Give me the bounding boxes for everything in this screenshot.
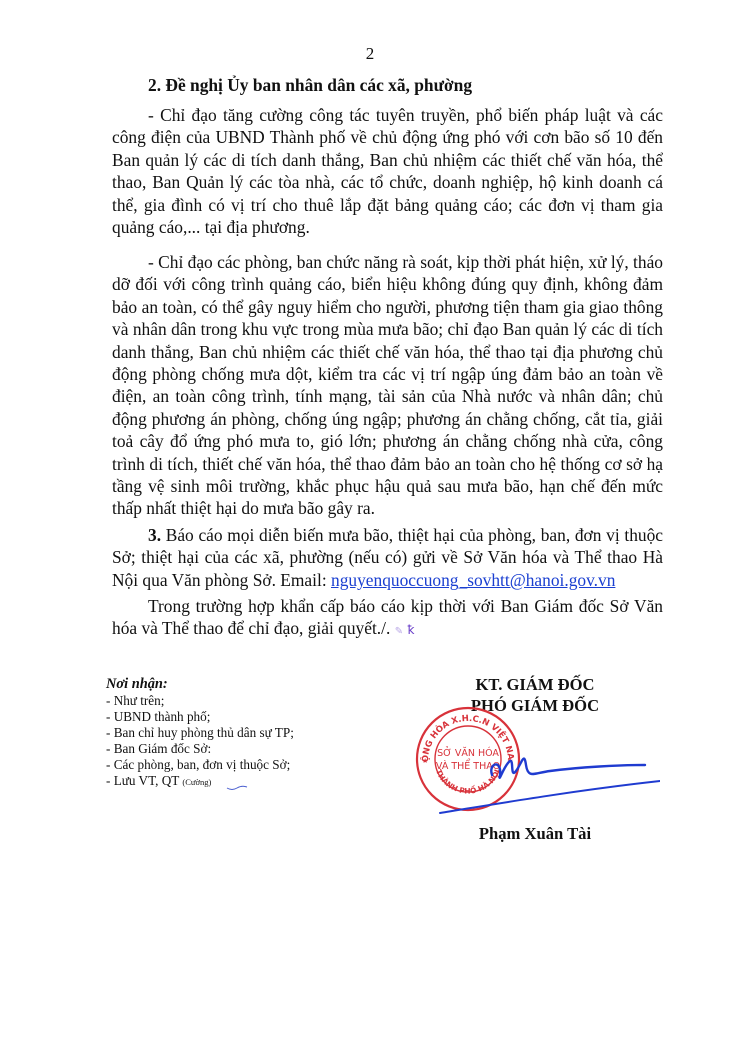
- closing-paragraph: Trong trường hợp khẩn cấp báo cáo kịp th…: [112, 595, 663, 644]
- recipient-text: - Lưu VT, QT: [106, 773, 179, 788]
- page-number: 2: [0, 44, 740, 64]
- section-2-paragraph-1: - Chỉ đạo tăng cường công tác tuyên truy…: [112, 104, 663, 238]
- recipients-list: Nơi nhận: - Như trên; - UBND thành phố; …: [106, 676, 294, 790]
- section-3-paragraph: 3. Báo cáo mọi diễn biến mưa bão, thiệt …: [112, 524, 663, 591]
- recipient-item: - UBND thành phố;: [106, 709, 294, 725]
- section-2-heading: 2. Đề nghị Ủy ban nhân dân các xã, phườn…: [148, 75, 472, 96]
- section-2-paragraph-2: - Chỉ đạo các phòng, ban chức năng rà so…: [112, 251, 663, 520]
- paragraph-text: Trong trường hợp khẩn cấp báo cáo kịp th…: [112, 595, 663, 644]
- email-link[interactable]: nguyenquoccuong_sovhtt@hanoi.gov.vn: [331, 570, 615, 590]
- closing-text: Trong trường hợp khẩn cấp báo cáo kịp th…: [112, 596, 663, 638]
- recipient-item: - Lưu VT, QT (Cường): [106, 773, 294, 790]
- paragraph-text: - Chỉ đạo các phòng, ban chức năng rà so…: [112, 251, 663, 520]
- recipients-title: Nơi nhận:: [106, 676, 294, 692]
- recipient-note: (Cường): [182, 777, 211, 787]
- recipient-item: - Các phòng, ban, đơn vị thuộc Sở;: [106, 757, 294, 773]
- signature-title-1: KT. GIÁM ĐỐC: [440, 674, 630, 695]
- recipient-item: - Ban chỉ huy phòng thủ dân sự TP;: [106, 725, 294, 741]
- section-3-number: 3.: [148, 525, 161, 545]
- initial-mark-icon: ꝁ: [407, 623, 414, 637]
- handwritten-signature-icon: [430, 745, 660, 825]
- recipient-item: - Như trên;: [106, 693, 294, 709]
- paragraph-text: 3. Báo cáo mọi diễn biến mưa bão, thiệt …: [112, 524, 663, 591]
- scribble-icon: [226, 784, 248, 792]
- signer-name: Phạm Xuân Tài: [440, 824, 630, 844]
- paragraph-text: - Chỉ đạo tăng cường công tác tuyên truy…: [112, 104, 663, 238]
- recipient-item: - Ban Giám đốc Sở:: [106, 741, 294, 757]
- svg-text:★: ★: [422, 757, 428, 765]
- handwritten-mark-icon: ✎: [395, 626, 403, 637]
